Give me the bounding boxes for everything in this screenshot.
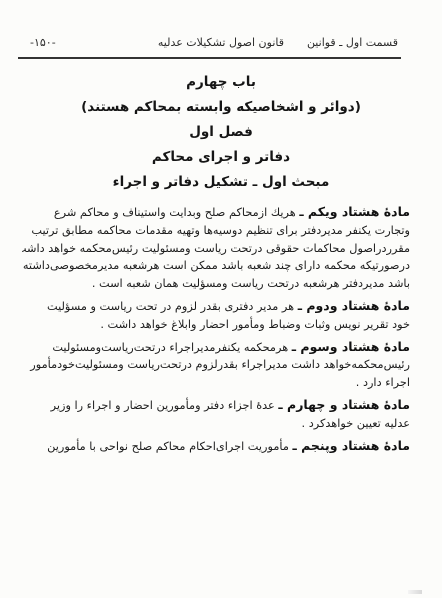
article-text-line: عدلیه تعیین خواهدکرد . <box>22 415 410 433</box>
article-text-line: اجراء دارد . <box>22 374 410 392</box>
article-text-line: هریك ازمحاکم صلح وبدایت واستیناف و محاکم… <box>54 206 296 219</box>
article-title: مادهٔ هشتاد و چهارم ـ <box>278 397 410 412</box>
article-text-line: هرمحکمه یکنفرمدیراجراء درتحت‌ریاست‌ومسئو… <box>52 341 288 354</box>
article-title: مادهٔ هشتاد ودوم ـ <box>298 298 410 313</box>
article-title: مادهٔ هشتاد ویکم ـ <box>299 204 410 219</box>
scan-artifact <box>408 590 422 594</box>
chapter-title: باب چهارم <box>0 70 442 95</box>
article-85: مادهٔ هشتاد وپنجم ـ مأموریت اجرای‌احکام … <box>22 437 410 456</box>
article-title: مادهٔ هشتاد وپنجم ـ <box>292 438 410 453</box>
article-text-line: باشد مدیردفتر هرشعبه درتحت ریاست ومسؤلیت… <box>22 275 410 293</box>
topic-title: مبحث اول ـ تشکیل دفاتر و اجراء <box>0 170 442 195</box>
article-title: مادهٔ هشتاد وسوم ـ <box>292 339 410 354</box>
article-text-line: مقرردراصول محاکمات حقوقی درتحت ریاست ومس… <box>22 240 410 258</box>
header-section-label: قسمت اول ـ قوانین <box>307 36 398 49</box>
document-page: قسمت اول ـ قوانین قانون اصول تشکیلات عدل… <box>0 0 442 598</box>
section-title: فصل اول <box>0 120 442 145</box>
article-84: مادهٔ هشتاد و چهارم ـ عدهٔ اجزاء دفتر وم… <box>22 396 410 433</box>
article-text-line: وتجارت یکنفر مدیردفتر برای تنظیم دوسیه‌ه… <box>22 222 410 240</box>
chapter-subtitle: (دوائر و اشخاصیکه وابسته بمحاکم هستند) <box>0 95 442 120</box>
article-text-line: رئیس‌محکمه‌خواهد داشت مدیراجراء بقدرلزوم… <box>22 356 410 374</box>
article-text-line: عدهٔ اجزاء دفتر ومأمورین احضار و اجراء ر… <box>51 399 275 412</box>
article-text-line: هر مدیر دفتری بقدر لزوم در تحت ریاست و م… <box>47 300 294 313</box>
article-81: مادهٔ هشتاد ویکم ـ هریك ازمحاکم صلح وبدا… <box>22 203 410 293</box>
article-text-line: خود تقریر نویس وثبات وضباط ومأمور احضار … <box>22 316 410 334</box>
chapter-headings: باب چهارم (دوائر و اشخاصیکه وابسته بمحاک… <box>0 70 442 195</box>
articles-body: مادهٔ هشتاد ویکم ـ هریك ازمحاکم صلح وبدا… <box>22 203 410 459</box>
section-subtitle: دفاتر و اجرای محاکم <box>0 145 442 170</box>
running-header: قسمت اول ـ قوانین قانون اصول تشکیلات عدل… <box>18 36 398 54</box>
article-82: مادهٔ هشتاد ودوم ـ هر مدیر دفتری بقدر لز… <box>22 297 410 334</box>
header-divider <box>18 57 401 59</box>
header-law-title: قانون اصول تشکیلات عدلیه <box>158 36 284 49</box>
article-text-line: مأموریت اجرای‌احکام محاکم صلح نواحی با م… <box>47 440 289 453</box>
article-text-line: درصورتیکه محکمه دارای چند شعبه باشد ممکن… <box>22 257 410 275</box>
page-number: -۱۵۰- <box>30 36 56 49</box>
article-83: مادهٔ هشتاد وسوم ـ هرمحکمه یکنفرمدیراجرا… <box>22 338 410 392</box>
